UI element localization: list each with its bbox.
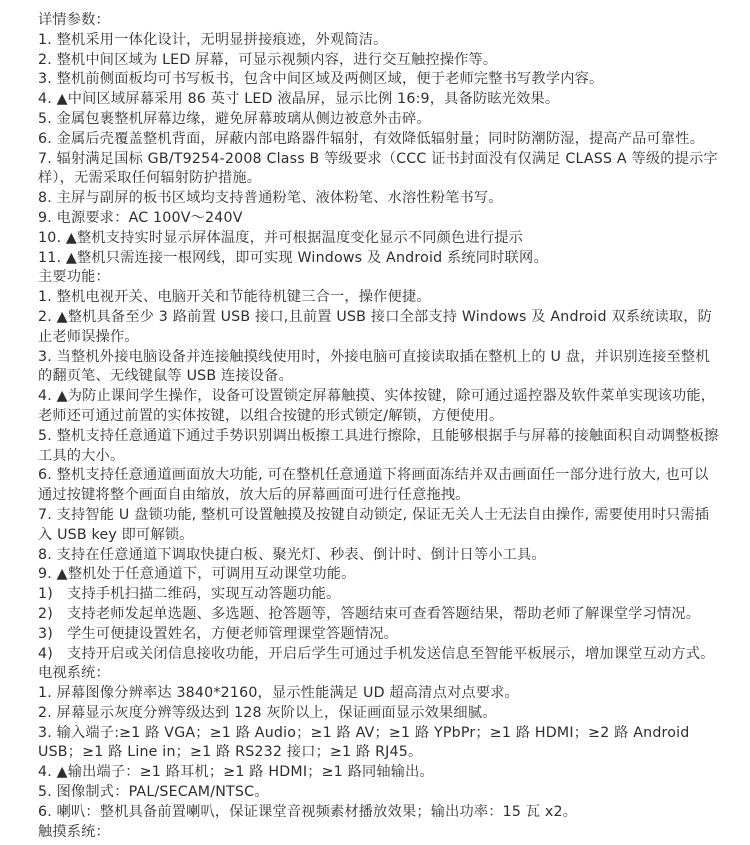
section-heading: 详情参数： xyxy=(38,11,720,31)
spec-line: 9. 电源要求：AC 100V～240V xyxy=(38,209,720,229)
spec-line: 4) 支持开启或关闭信息接收功能，开启后学生可通过手机发送信息至智能平板展示，增… xyxy=(38,645,720,665)
spec-line: 8. 支持在任意通道下调取快捷白板、聚光灯、秒表、倒计时、倒计日等小工具。 xyxy=(38,546,720,566)
spec-line: 1. 整机采用一体化设计，无明显拼接痕迹，外观简洁。 xyxy=(38,31,720,51)
spec-document: 详情参数：1. 整机采用一体化设计，无明显拼接痕迹，外观简洁。2. 整机中间区域… xyxy=(0,0,750,842)
spec-line: 5. 整机支持任意通道下通过手势识别调出板擦工具进行擦除，且能够根据手与屏幕的接… xyxy=(38,427,720,467)
spec-line: 7. 辐射满足国标 GB/T9254-2008 Class B 等级要求（CCC… xyxy=(38,150,720,190)
spec-line: 8. 主屏与副屏的板书区域均支持普通粉笔、液体粉笔、水溶性粉笔书写。 xyxy=(38,189,720,209)
spec-line: 4. ▲中间区域屏幕采用 86 英寸 LED 液晶屏，显示比例 16:9，具备防… xyxy=(38,90,720,110)
spec-line: 10. ▲整机支持实时显示屏体温度，并可根据温度变化显示不同颜色进行提示 xyxy=(38,229,720,249)
spec-line: 6. 整机支持任意通道画面放大功能, 可在整机任意通道下将画面冻结并双击画面任一… xyxy=(38,466,720,506)
spec-line: 3) 学生可便捷设置姓名，方便老师管理课堂答题情况。 xyxy=(38,625,720,645)
section-heading: 电视系统： xyxy=(38,664,720,684)
section-heading: 触摸系统： xyxy=(38,823,720,843)
spec-line: 2. ▲整机具备至少 3 路前置 USB 接口,且前置 USB 接口全部支持 W… xyxy=(38,308,720,348)
spec-line: 5. 金属包裹整机屏幕边缘，避免屏幕玻璃从侧边被意外击碎。 xyxy=(38,110,720,130)
spec-line: 2) 支持老师发起单选题、多选题、抢答题等，答题结束可查看答题结果，帮助老师了解… xyxy=(38,605,720,625)
spec-line: 1) 支持手机扫描二维码，实现互动答题功能。 xyxy=(38,585,720,605)
section-heading: 主要功能： xyxy=(38,268,720,288)
spec-line: 4. ▲输出端子：≥1 路耳机；≥1 路 HDMI；≥1 路同轴输出。 xyxy=(38,763,720,783)
spec-line: 5. 图像制式：PAL/SECAM/NTSC。 xyxy=(38,783,720,803)
spec-line: 9. ▲整机处于任意通道下，可调用互动课堂功能。 xyxy=(38,565,720,585)
spec-line: 11. ▲整机只需连接一根网线，即可实现 Windows 及 Android 系… xyxy=(38,249,720,269)
spec-line: 6. 金属后壳覆盖整机背面，屏蔽内部电路器件辐射，有效降低辐射量；同时防潮防湿，… xyxy=(38,130,720,150)
spec-line: 4. ▲为防止课间学生操作，设备可设置锁定屏幕触摸、实体按键，除可通过遥控器及软… xyxy=(38,387,720,427)
spec-line: 3. 输入端子:≥1 路 VGA；≥1 路 Audio；≥1 路 AV；≥1 路… xyxy=(38,724,720,764)
spec-line: 3. 当整机外接电脑设备并连接触摸线使用时，外接电脑可直接读取插在整机上的 U … xyxy=(38,348,720,388)
spec-line: 2. 整机中间区域为 LED 屏幕，可显示视频内容，进行交互触控操作等。 xyxy=(38,51,720,71)
spec-line: 3. 整机前侧面板均可书写板书，包含中间区域及两侧区域，便于老师完整书写教学内容… xyxy=(38,70,720,90)
spec-line: 7. 支持智能 U 盘锁功能, 整机可设置触摸及按键自动锁定, 保证无关人士无法… xyxy=(38,506,720,546)
spec-line: 1. 整机电视开关、电脑开关和节能待机键三合一，操作便捷。 xyxy=(38,288,720,308)
spec-line: 6. 喇叭：整机具备前置喇叭，保证课堂音视频素材播放效果；输出功率：15 瓦 x… xyxy=(38,803,720,823)
spec-line: 2. 屏幕显示灰度分辨等级达到 128 灰阶以上，保证画面显示效果细腻。 xyxy=(38,704,720,724)
spec-line: 1. 屏幕图像分辨率达 3840*2160，显示性能满足 UD 超高清点对点要求… xyxy=(38,684,720,704)
